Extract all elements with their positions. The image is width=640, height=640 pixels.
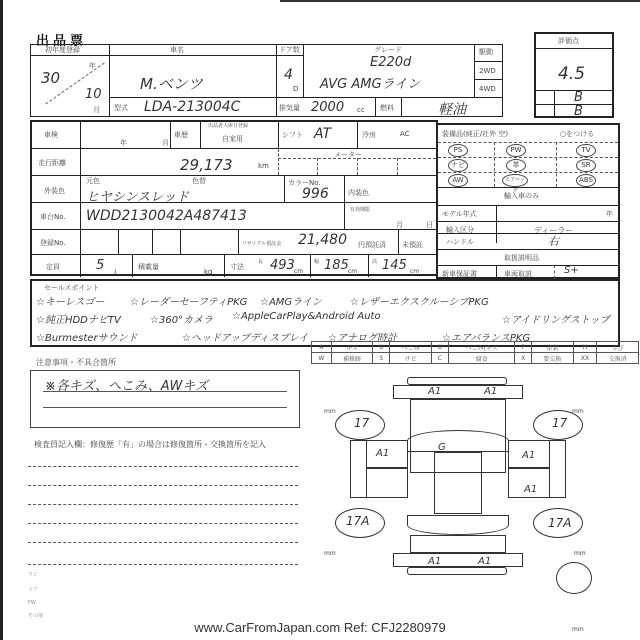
equipment-ps[interactable]: PS xyxy=(448,144,468,157)
legend-code: U xyxy=(431,342,448,353)
legend-desc: サビ xyxy=(390,353,432,364)
legend-code: U xyxy=(373,342,390,353)
inspector-side-label: ラジ xyxy=(28,571,38,578)
sales-point: ☆純正HDDナビTV xyxy=(36,311,121,326)
equipment-tv[interactable]: TV xyxy=(576,144,596,157)
ac: AC xyxy=(400,130,410,138)
grade-label: グレード xyxy=(374,45,402,55)
recycle-fee: 21,480 xyxy=(298,232,347,248)
left-sill[interactable] xyxy=(350,440,367,498)
legend-desc: へこみ/キズ xyxy=(448,342,515,353)
legend-code: W xyxy=(312,353,332,364)
equipment-navi[interactable]: ナビ xyxy=(448,159,468,172)
capacity: 5 xyxy=(96,258,104,273)
recycle-status: 未預託 xyxy=(402,240,423,250)
equipment-airbag[interactable]: エアバッグ xyxy=(502,174,528,187)
displacement-unit: cc xyxy=(357,106,365,114)
month-unit: 月 xyxy=(93,105,100,115)
mark-rear-left-wheel: 17A xyxy=(346,514,369,528)
sales-point: ☆キーレスゴー xyxy=(36,293,104,308)
shift: AT xyxy=(314,126,331,142)
legend-code: C xyxy=(431,353,448,364)
shift-label: シフト xyxy=(282,130,303,140)
legend-code: H xyxy=(573,342,597,353)
doors-box: ドア数 4 D xyxy=(276,44,304,98)
mark-right-front-door: A1 xyxy=(522,450,535,461)
first-registration-box: 初年度登録 30 年 10 月 xyxy=(30,44,110,117)
front-bumper[interactable] xyxy=(393,385,523,399)
drive-label: 駆動 xyxy=(479,47,493,57)
interior-grade: B xyxy=(574,90,583,105)
drive-2wd[interactable]: 2WD xyxy=(479,67,496,75)
sales-point: ☆AMGライン xyxy=(260,293,322,308)
width: 185 xyxy=(324,258,349,273)
car-name-label: 車名 xyxy=(170,45,184,55)
sales-point: ☆ヘッドアップディスプレイ xyxy=(182,329,308,344)
length-label: 長 xyxy=(258,258,263,265)
tread-unit-rr: mm xyxy=(574,550,586,557)
rear-bumper[interactable] xyxy=(393,553,523,567)
displacement-label: 排気量 xyxy=(279,103,300,113)
model-code-label: 型式 xyxy=(114,103,128,113)
import-only-label: 輸入車のみ xyxy=(504,191,539,201)
windshield[interactable] xyxy=(407,430,509,452)
history-note: 出品者入庫日登録 xyxy=(208,122,248,129)
history-label: 車歴 xyxy=(174,130,188,140)
equipment-header-note: ○をつける xyxy=(560,129,594,139)
handle: 右 xyxy=(548,233,559,249)
scan-top-edge xyxy=(280,0,640,2)
rear-window[interactable] xyxy=(407,515,509,535)
dimensions-label: 寸法 xyxy=(230,262,244,272)
sales-point: ☆アイドリングストップ xyxy=(502,311,609,326)
legend-code: XX xyxy=(573,353,597,364)
mark-right-rear-door: A1 xyxy=(524,484,537,495)
mark-left-front-door: A1 xyxy=(376,448,389,459)
color-label: 外装色 xyxy=(44,186,65,196)
grade-line-1: E220d xyxy=(370,55,411,70)
notes-label: 注意事項・不具合箇所 xyxy=(36,357,116,368)
doors-label: ドア数 xyxy=(279,45,300,55)
equipment-header: 装備品(純正/社外 空) xyxy=(442,129,508,139)
sales-point: ☆AppleCarPlay&Android Auto xyxy=(232,311,381,322)
mileage: 29,173 xyxy=(180,156,233,174)
handle-label: ハンドル xyxy=(446,237,474,247)
registration-label: 登録No. xyxy=(40,238,66,248)
sales-point: ☆360°カメラ xyxy=(150,311,213,326)
exterior-grade: B xyxy=(574,104,583,119)
first-registration-label: 初年度登録 xyxy=(45,45,80,55)
recycle-unit: 円預託済 xyxy=(358,240,386,250)
length-unit: cm xyxy=(294,268,303,275)
inspector-label: 検査員記入欄：修復歴「有」の場合は修復箇所・交換箇所を記入 xyxy=(34,439,266,450)
door-count: 4 xyxy=(284,67,293,83)
score-box: 評価点 4.5 B B xyxy=(534,32,614,118)
legend-code: S xyxy=(373,353,390,364)
history-value: 自家用 xyxy=(222,134,243,144)
manual-label: 車両取説 xyxy=(504,269,532,279)
legend-desc: 交換済 xyxy=(597,353,639,364)
registration-year: 30 xyxy=(41,69,60,87)
load-unit: kg xyxy=(204,268,213,276)
damage-legend: Aキズ Uへこみ Uへこみ/キズ P塗装 Hさび W補修跡 Sサビ C腐食 X要… xyxy=(311,341,639,364)
tread-unit-rl: mm xyxy=(324,550,336,557)
length: 493 xyxy=(270,258,295,273)
recycle-label: リサイクル預託金 xyxy=(242,240,281,247)
displacement-box: 排気量 2000 cc xyxy=(276,97,376,117)
registration-month: 10 xyxy=(85,87,102,102)
mark-front-bumper-left: A1 xyxy=(428,386,441,397)
sales-points-label: セールスポイント xyxy=(44,283,99,293)
height-label: 高 xyxy=(372,258,377,265)
capacity-label: 定員 xyxy=(46,262,60,272)
inspector-side-label: その他 xyxy=(28,612,43,619)
legend-code: A xyxy=(312,342,332,353)
color-number: 996 xyxy=(302,186,329,202)
right-sill[interactable] xyxy=(549,440,566,498)
car-name-box: 車名 M.ベンツ xyxy=(109,44,277,98)
load-label: 積載量 xyxy=(138,262,159,272)
sales-point: ☆レザーエクスクルーシブPKG xyxy=(350,293,489,308)
chassis-number: WDD2130042A487413 xyxy=(86,208,247,224)
equipment-abs[interactable]: ABS xyxy=(576,174,596,187)
spare-tire[interactable] xyxy=(556,562,592,594)
legend-desc: 腐食 xyxy=(448,353,515,364)
score-label: 評価点 xyxy=(558,36,579,46)
mileage-label: 走行距離 xyxy=(38,158,66,168)
grade-line-2: AVG AMGライン xyxy=(320,73,420,92)
roof[interactable] xyxy=(434,452,482,514)
left-rear-door[interactable] xyxy=(366,468,408,498)
mark-front-right-wheel: 17 xyxy=(552,416,567,430)
height: 145 xyxy=(382,258,407,273)
fuel-label: 燃料 xyxy=(380,103,394,113)
mark-rear-bumper-left: A1 xyxy=(428,556,441,567)
scan-edge xyxy=(0,0,3,640)
legend-desc: 補修跡 xyxy=(331,353,373,364)
equipment-pw[interactable]: PW xyxy=(506,144,526,157)
equipment-box: 装備品(純正/社外 空) ○をつける PS PW TV ナビ 革 SR AW エ… xyxy=(436,123,620,279)
legend-desc: さび xyxy=(597,342,639,353)
mark-front-bumper-right: A1 xyxy=(484,386,497,397)
model-code: LDA-213004C xyxy=(144,99,240,115)
legend-desc: 要交換 xyxy=(531,353,573,364)
trunk[interactable] xyxy=(410,535,506,553)
fuel-box: 燃料 軽油 xyxy=(375,97,503,117)
tread-unit-fl: mm xyxy=(324,408,336,415)
width-unit: cm xyxy=(348,268,357,275)
mark-rear-bumper-right: A1 xyxy=(478,556,491,567)
mark-front-left-wheel: 17 xyxy=(354,416,369,430)
mileage-unit: km xyxy=(258,162,269,170)
rear-bumper-bar xyxy=(407,567,507,575)
height-unit: cm xyxy=(410,268,419,275)
legend-desc: 塗装 xyxy=(531,342,573,353)
equipment-alloy-wheels[interactable]: AW xyxy=(448,174,468,187)
warranty-label: 新車保証書 xyxy=(442,269,477,279)
equipment-leather[interactable]: 革 xyxy=(506,159,526,172)
expiry-label: 有効期限 xyxy=(350,206,370,213)
manual-value: S+ xyxy=(564,265,579,276)
color-change-label: 色替 xyxy=(192,176,206,186)
fuel: 軽油 xyxy=(438,99,466,119)
model-code-box: 型式 LDA-213004C xyxy=(109,97,277,117)
legend-desc: キズ xyxy=(331,342,373,353)
details-box: 車検 年 月 車歴 出品者入庫日登録 自家用 シフト AT 冷房 AC 走行距離… xyxy=(30,120,438,276)
inspector-side-label: FW xyxy=(28,600,36,606)
grade-box: グレード E220d AVG AMGライン 駆動 2WD 4WD xyxy=(303,44,503,98)
ac-label: 冷房 xyxy=(362,130,376,140)
inspector-side-label: ドア xyxy=(28,586,38,593)
legend-code: P xyxy=(515,342,531,353)
width-label: 幅 xyxy=(314,258,319,265)
legend-code: X xyxy=(515,353,531,364)
accessories-label: 取扱説明品 xyxy=(504,253,539,263)
auction-score: 4.5 xyxy=(558,64,585,84)
chassis-label: 車台No. xyxy=(40,212,66,222)
inspection-label: 車検 xyxy=(44,130,58,140)
equipment-sunroof[interactable]: SR xyxy=(576,159,596,172)
mark-rear-right-wheel: 17A xyxy=(548,516,571,530)
inspection-month-unit: 月 xyxy=(162,138,169,148)
sales-point: ☆レーダーセーフティPKG xyxy=(130,293,247,308)
notes-box: ※各キズ、へこみ、AWキズ xyxy=(30,370,300,428)
model-year-label: モデル年式 xyxy=(442,209,477,219)
sales-points-box: セールスポイント ☆キーレスゴー ☆レーダーセーフティPKG ☆AMGライン ☆… xyxy=(30,279,620,347)
interior-color-label: 内装色 xyxy=(348,188,369,198)
watermark: www.CarFromJapan.com Ref: CFJ2280979 xyxy=(0,620,640,635)
drive-4wd[interactable]: 4WD xyxy=(479,85,496,93)
sales-point: ☆Burmesterサウンド xyxy=(36,329,138,344)
car-name: M.ベンツ xyxy=(140,73,203,94)
inspection-year-unit: 年 xyxy=(120,138,127,148)
capacity-unit: 人 xyxy=(112,268,119,278)
original-color-label: 元色 xyxy=(86,176,100,186)
tread-unit-fr: mm xyxy=(572,408,584,415)
displacement: 2000 xyxy=(311,100,344,115)
legend-desc: へこみ xyxy=(390,342,432,353)
doors-unit: D xyxy=(293,85,298,93)
front-bumper-bar xyxy=(407,377,507,385)
model-year-unit: 年 xyxy=(606,209,613,219)
